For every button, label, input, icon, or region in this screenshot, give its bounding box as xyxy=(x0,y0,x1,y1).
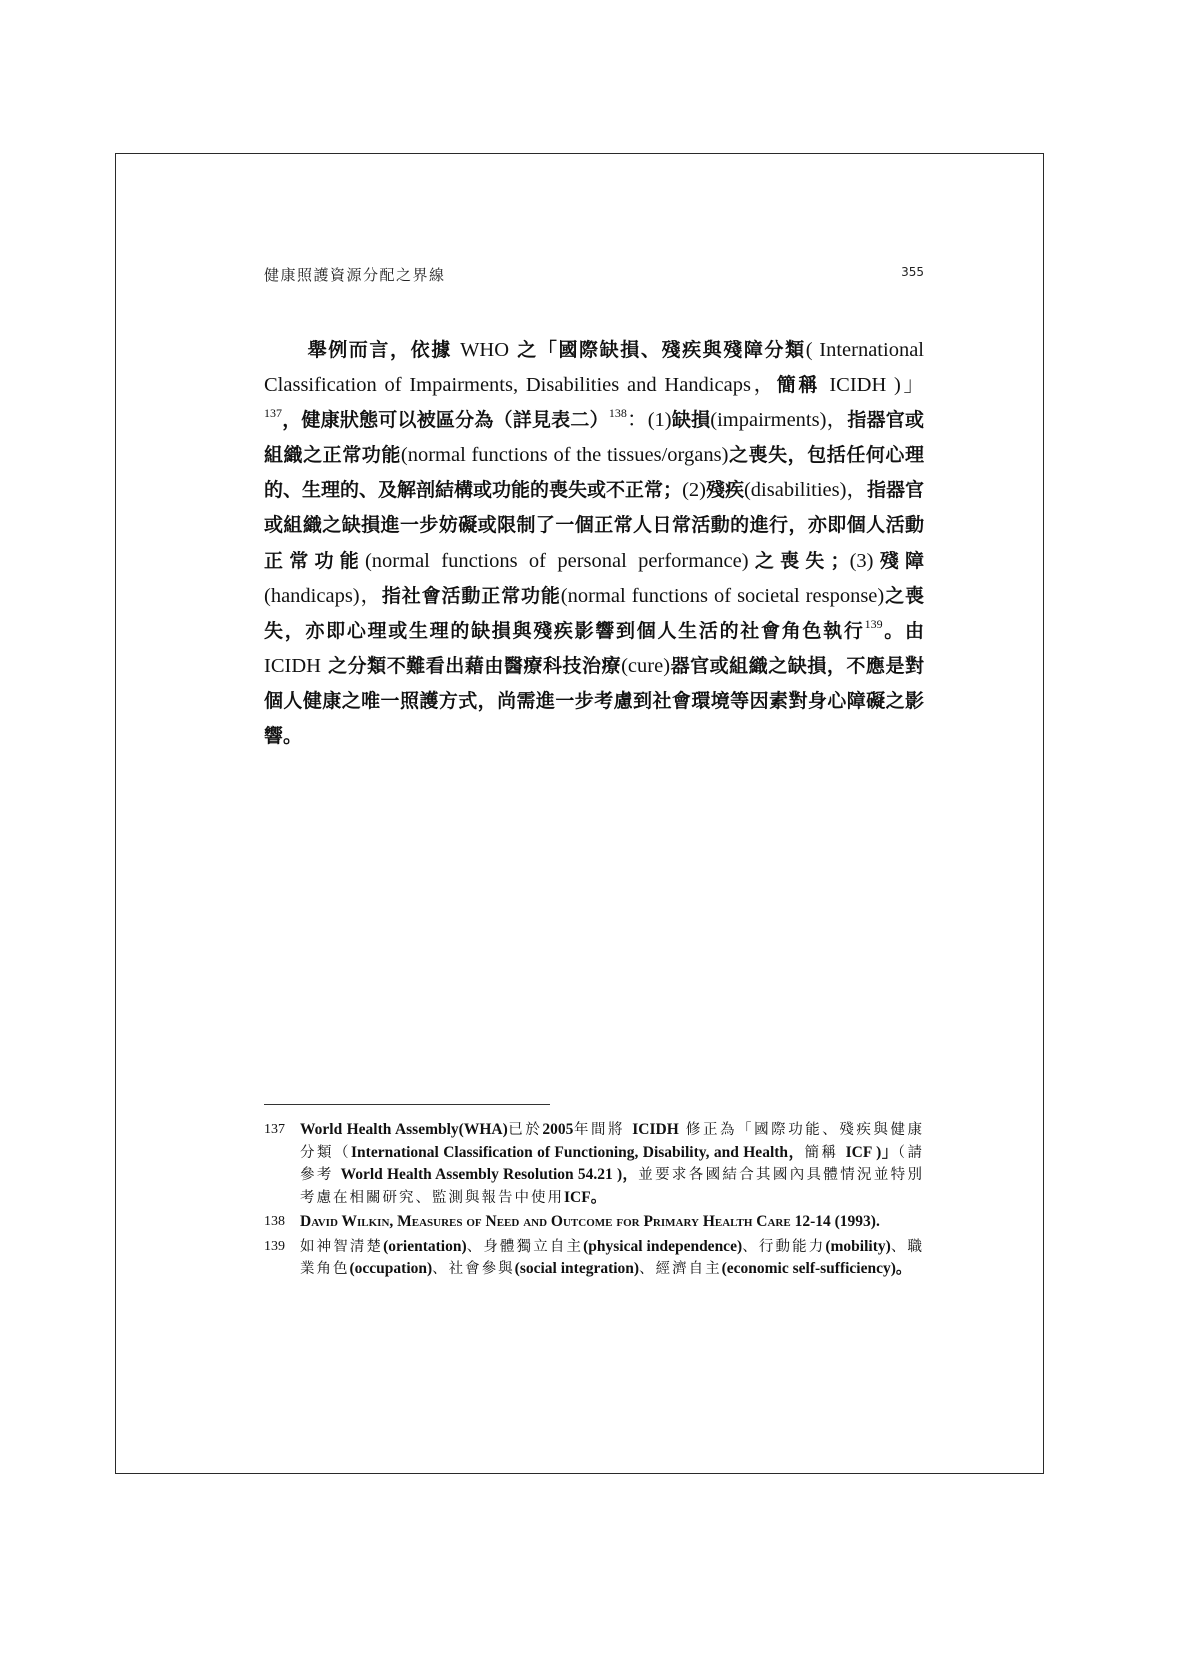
text-run: (normal functions of societal response) xyxy=(561,585,884,607)
footnote-138: 138 David Wilkin, Measures of Need and O… xyxy=(264,1211,924,1234)
text-run: ICF )」 xyxy=(846,1144,898,1161)
footnote-text: David Wilkin, Measures of Need and Outco… xyxy=(300,1213,880,1230)
text-run: World Health Assembly Resolution 54.21 )… xyxy=(341,1166,639,1183)
text-run: (disabilities)， xyxy=(744,479,867,501)
text-run: (occupation) xyxy=(350,1260,433,1277)
footnote-reference[interactable]: 138 xyxy=(609,406,627,420)
text-run: ICIDH xyxy=(632,1121,679,1138)
text-run: (normal functions of personal performanc… xyxy=(365,550,749,572)
footnote-separator xyxy=(264,1104,550,1105)
text-run: 年間將 xyxy=(573,1122,632,1138)
text-run: 之喪失； xyxy=(749,550,850,572)
text-run: 、社會參與 xyxy=(432,1261,515,1277)
text-run: WHO xyxy=(460,339,509,361)
footnote-reference[interactable]: 137 xyxy=(264,406,282,420)
text-run: ICF。 xyxy=(564,1189,606,1206)
running-head: 健康照護資源分配之界線 355 xyxy=(264,264,924,286)
footnotes: 137 World Health Assembly(WHA)已於2005年間將 … xyxy=(264,1119,924,1283)
text-run: (3) xyxy=(850,550,874,572)
text-run: (social integration) xyxy=(515,1260,639,1277)
footnote-text: World Health Assembly(WHA)已於2005年間將 ICID… xyxy=(300,1121,924,1206)
text-run: International Classification of Function… xyxy=(351,1144,805,1161)
paragraph-text: 舉例而言，依據 WHO 之「國際缺損、殘疾與殘障分類( Internationa… xyxy=(264,339,924,747)
text-run: 指社會活動正常功能 xyxy=(382,585,561,607)
text-run: 、經濟自主 xyxy=(639,1261,722,1277)
text-run: 殘障 xyxy=(873,550,924,572)
text-run: 已於 xyxy=(508,1122,543,1138)
footnote-number: 138 xyxy=(264,1211,285,1234)
footnote-number: 137 xyxy=(264,1119,285,1142)
text-run: World Health Assembly(WHA) xyxy=(300,1121,508,1138)
footnote-number: 139 xyxy=(264,1236,285,1259)
text-run: (physical independence) xyxy=(583,1238,742,1255)
text-run: (2) xyxy=(682,479,706,501)
text-run: (impairments)， xyxy=(710,409,847,431)
text-run: 殘疾 xyxy=(706,479,744,501)
text-run: 、身體獨立自主 xyxy=(467,1239,583,1255)
text-run: 舉例而言，依據 xyxy=(306,339,460,361)
text-run: 簡稱 xyxy=(777,374,830,396)
footnote-137: 137 World Health Assembly(WHA)已於2005年間將 … xyxy=(264,1119,924,1209)
text-run: ICIDH xyxy=(264,655,321,677)
text-run: 之「國際缺損、殘疾與殘障分類 xyxy=(509,339,806,361)
text-run: 、行動能力 xyxy=(742,1239,825,1255)
text-run: 之分類不難看出藉由醫療科技治療 xyxy=(321,655,621,677)
text-run: (orientation) xyxy=(383,1238,467,1255)
text-run: (normal functions of the tissues/organs) xyxy=(401,444,729,466)
text-run: (cure) xyxy=(621,655,670,677)
footnote-reference[interactable]: 139 xyxy=(865,617,883,631)
text-run: David Wilkin, Measures of Need and Outco… xyxy=(300,1213,795,1230)
text-run: (handicaps)， xyxy=(264,585,382,607)
body-paragraph: 舉例而言，依據 WHO 之「國際缺損、殘疾與殘障分類( Internationa… xyxy=(264,333,924,754)
footnote-139: 139 如神智清楚(orientation)、身體獨立自主(physical i… xyxy=(264,1236,924,1281)
text-run: 12-14 (1993). xyxy=(795,1213,880,1230)
text-run: 。由 xyxy=(883,620,924,642)
text-run: (mobility) xyxy=(825,1238,890,1255)
text-run: ：(1) xyxy=(627,409,672,431)
text-run: 缺損 xyxy=(672,409,711,431)
text-run: ，健康狀態可以被區分為（詳見表二） xyxy=(282,409,609,431)
page-number: 355 xyxy=(901,265,924,279)
footnote-text: 如神智清楚(orientation)、身體獨立自主(physical indep… xyxy=(300,1238,924,1278)
text-run: (economic self-sufficiency)。 xyxy=(722,1260,912,1277)
text-run: 2005 xyxy=(542,1121,573,1138)
running-head-title: 健康照護資源分配之界線 xyxy=(264,264,446,285)
text-run: ICIDH )」 xyxy=(829,374,924,396)
text-run: 簡稱 xyxy=(805,1145,846,1161)
text-run: 如神智清楚 xyxy=(300,1239,383,1255)
